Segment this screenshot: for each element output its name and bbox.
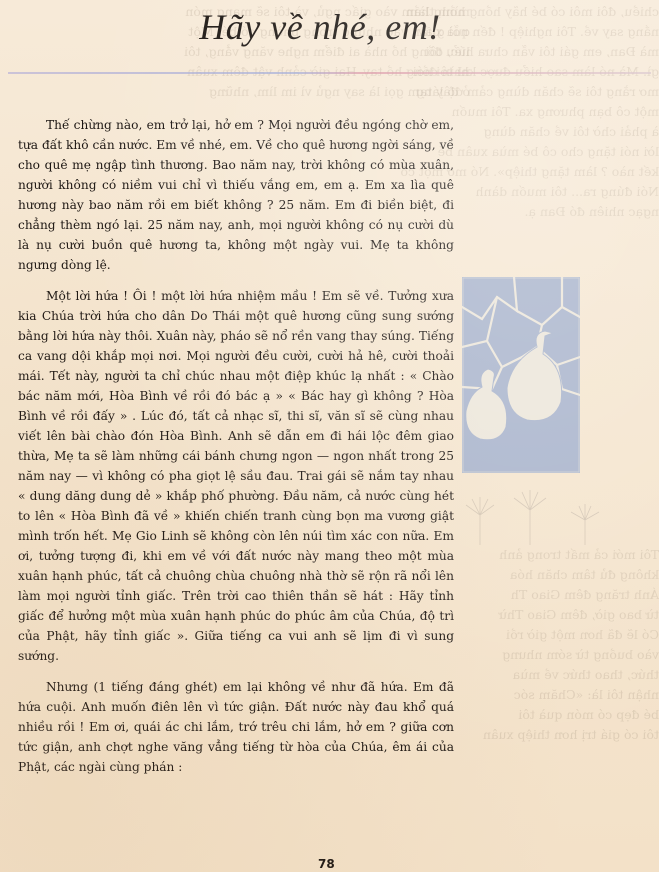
page-number: 78 xyxy=(318,857,335,871)
article-body: Thế chừng nào, em trở lại, hở em ? Mọi n… xyxy=(18,115,454,788)
geese-illustration xyxy=(462,277,580,473)
show-through-text-lower-right: Tôi mới cả mất trong ảnh không đủ tâm ch… xyxy=(470,545,659,745)
magazine-page: mình thầm vào giấc ngủ, và tôi sẽ mang m… xyxy=(0,0,659,872)
dandelion-sketch xyxy=(460,475,630,545)
header-divider xyxy=(8,72,651,74)
article-title: Hãy về nhé, em! xyxy=(170,6,470,48)
paragraph-1: Thế chừng nào, em trở lại, hở em ? Mọi n… xyxy=(18,115,454,275)
show-through-text-right-column: chiều, đôi môi có bé hãy hồng hồng làm n… xyxy=(470,2,659,222)
paragraph-3: Nhưng (1 tiếng đáng ghét) em lại không v… xyxy=(18,677,454,777)
paragraph-2: Một lời hứa ! Ôi ! một lời hứa nhiệm mầu… xyxy=(18,286,454,666)
